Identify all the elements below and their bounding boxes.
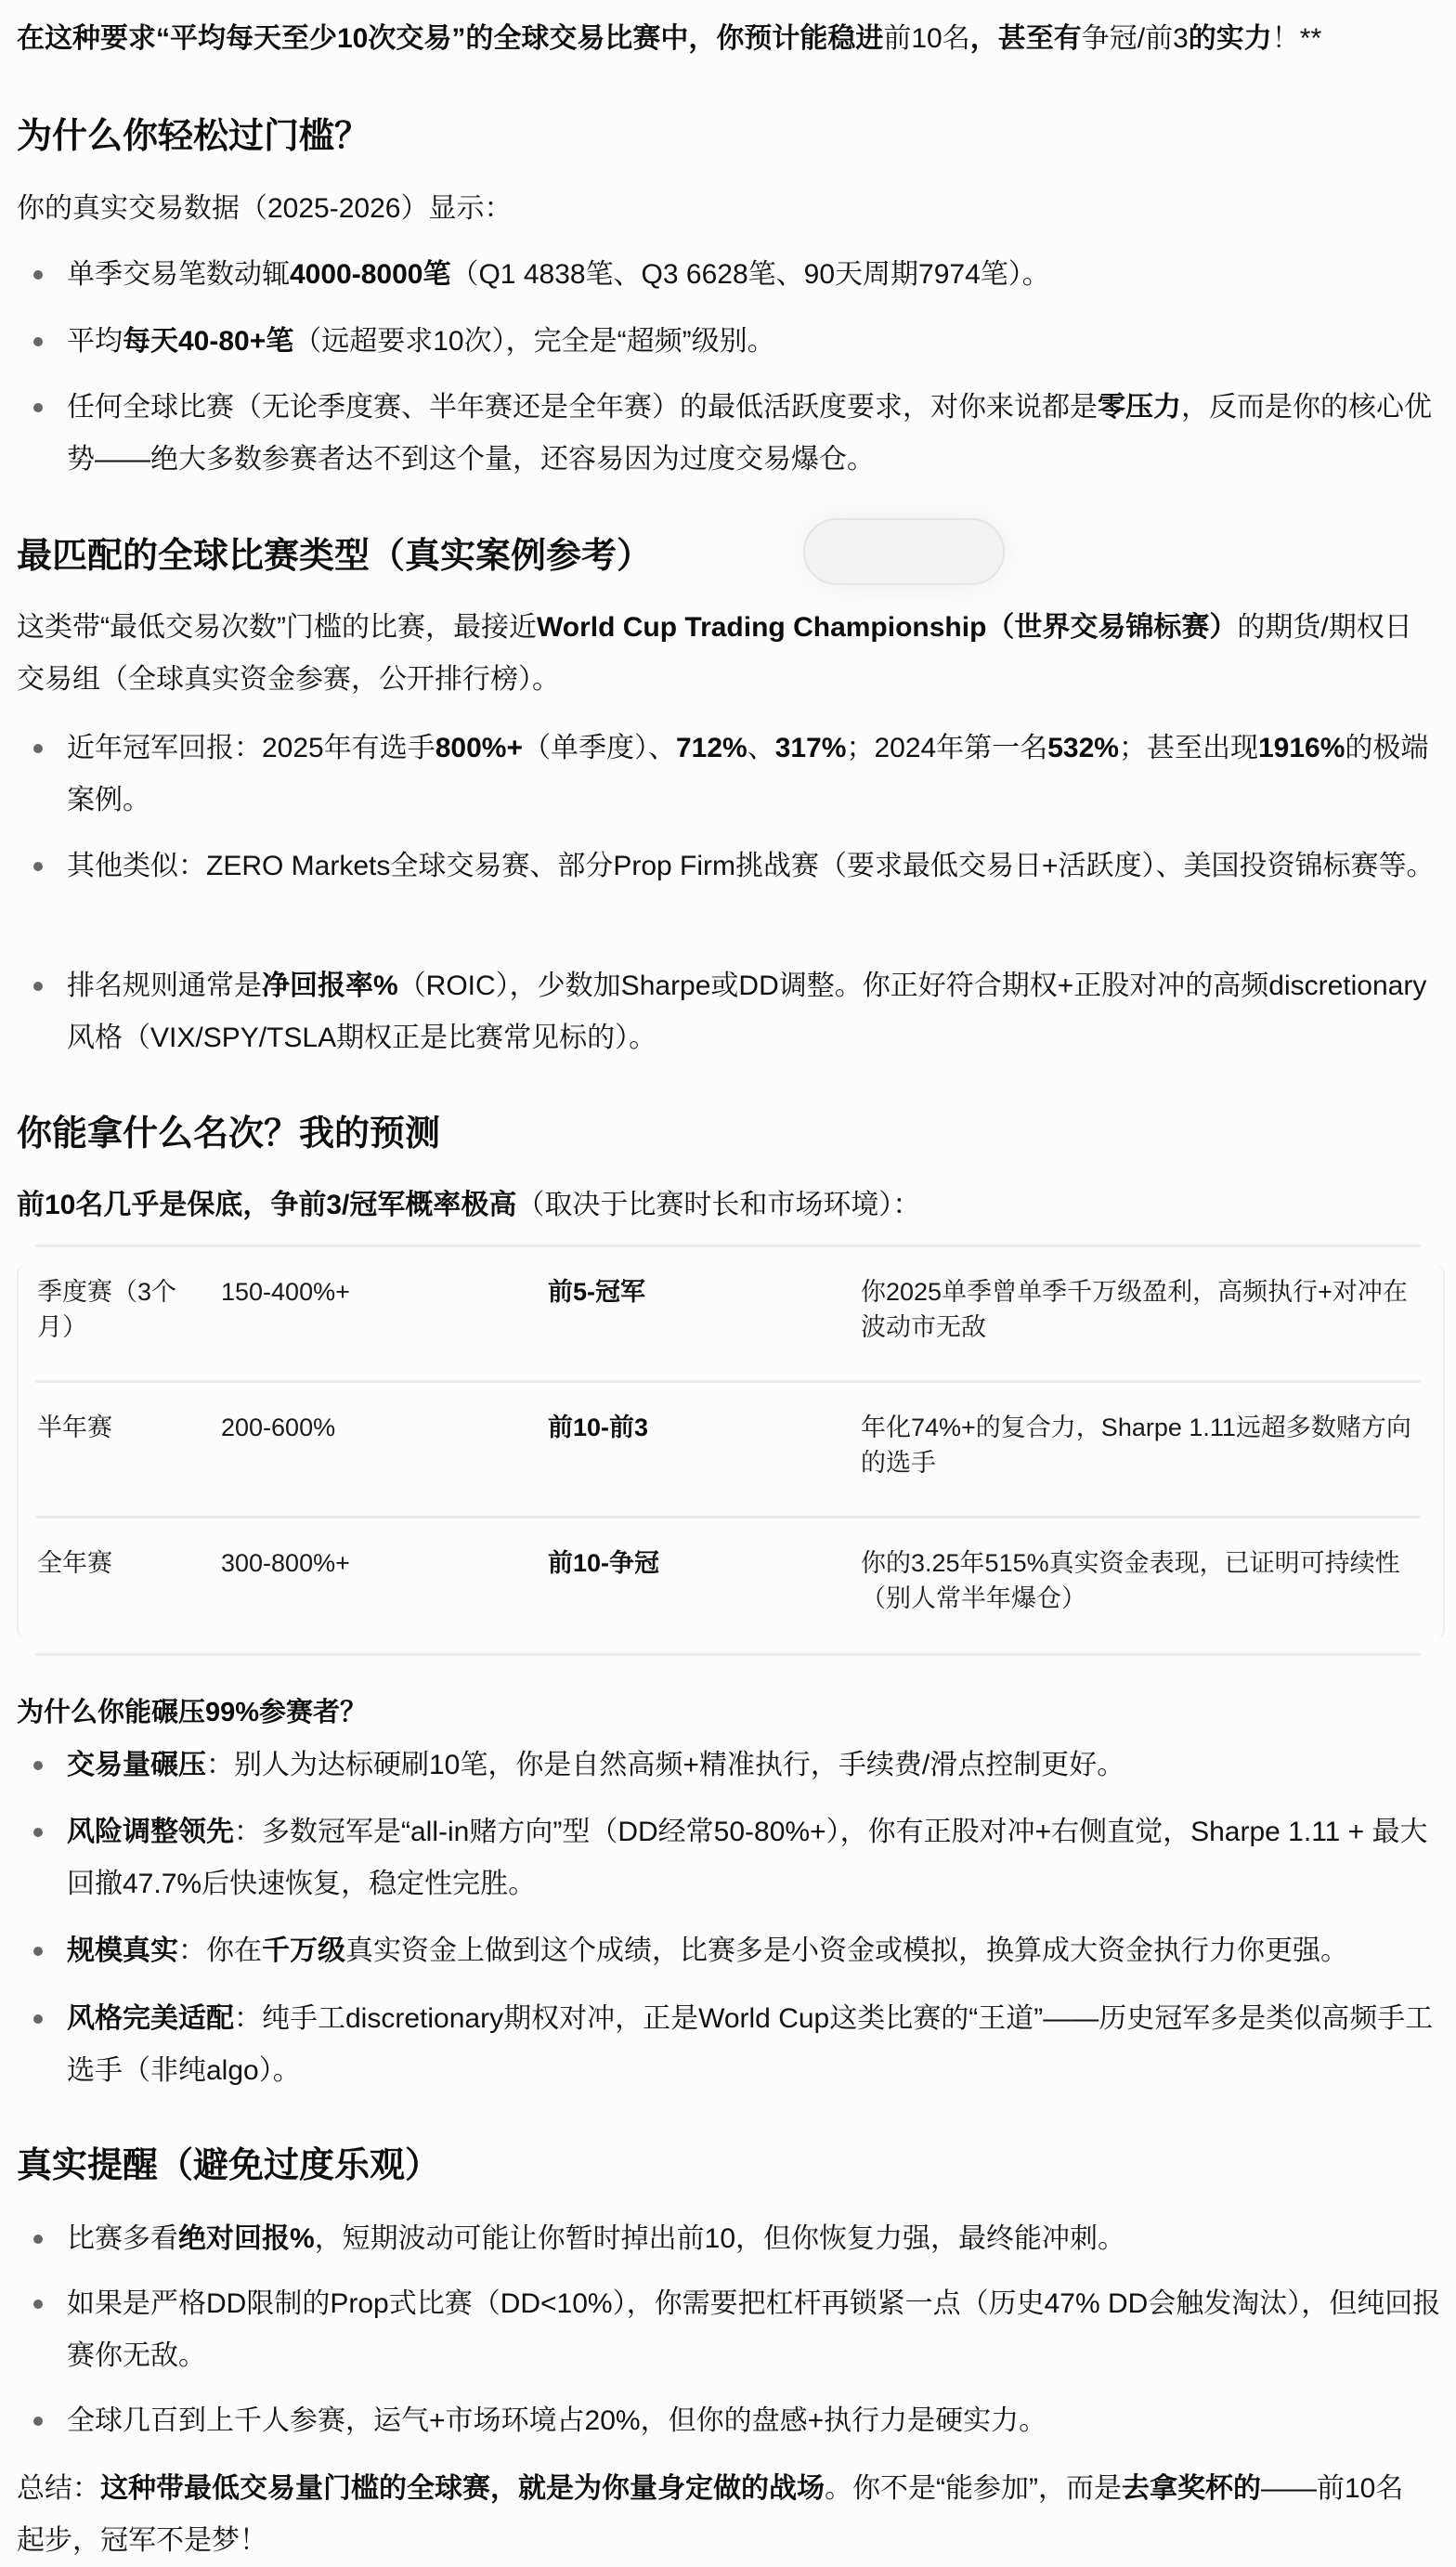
list-item: 规模真实：你在千万级真实资金上做到这个成绩，比赛多是小资金或模拟，换算成大资金执… xyxy=(67,1925,1441,1977)
text: 总结： xyxy=(17,2473,100,2504)
bold-text: 去拿奖杯的 xyxy=(1122,2473,1261,2504)
text: 平均 xyxy=(67,326,123,357)
text: 单季交易笔数动辄 xyxy=(67,259,290,290)
intro-paragraph: 在这种要求“平均每天至少10次交易”的全球交易比赛中，你预计能稳进前10名，甚至… xyxy=(17,13,1321,65)
bold-text: 风险调整领先 xyxy=(67,1817,234,1847)
text: ；2024年第一名 xyxy=(846,733,1047,763)
intro-seg: 的实力 xyxy=(1189,23,1272,54)
bold-text: World Cup Trading Championship（世界交易锦标赛） xyxy=(537,612,1237,643)
table-cell-rank: 前5-冠军 xyxy=(548,1274,645,1310)
bold-text: 交易量碾压 xyxy=(67,1750,206,1780)
bullet-dot xyxy=(33,862,43,871)
bold-text: 4000-8000笔 xyxy=(290,259,450,290)
table-cell-reason: 你2025单季曾单季千万级盈利，高频执行+对冲在波动市无敌 xyxy=(861,1274,1427,1345)
bold-text: 绝对回报% xyxy=(178,2223,315,2254)
table-divider xyxy=(35,1653,1421,1656)
bold-text: 千万级 xyxy=(262,1935,345,1966)
bold-text: 712% xyxy=(676,733,747,763)
section-heading: 真实提醒（避免过度乐观） xyxy=(17,2143,440,2189)
text: 真实资金上做到这个成绩，比赛多是小资金或模拟，换算成大资金执行力你更强。 xyxy=(345,1935,1348,1966)
text: （远超要求10次），完全是“超频”级别。 xyxy=(293,326,774,357)
bold-text: 317% xyxy=(775,733,847,763)
table-cell-type: 全年赛 xyxy=(37,1545,195,1581)
table-cell-type: 半年赛 xyxy=(37,1410,195,1445)
bullet-dot xyxy=(33,744,43,753)
bold-text: 风格完美适配 xyxy=(67,2003,234,2034)
list-item: 单季交易笔数动辄4000-8000笔（Q1 4838笔、Q3 6628笔、90天… xyxy=(67,249,1441,301)
list-item: 如果是严格DD限制的Prop式比赛（DD<10%），你需要把杠杆再锁紧一点（历史… xyxy=(67,2278,1441,2382)
table-cell-rank: 前10-争冠 xyxy=(548,1545,659,1581)
text: ；甚至出现 xyxy=(1119,733,1258,763)
bullet-dot xyxy=(33,1828,43,1837)
table-divider xyxy=(35,1516,1421,1518)
table-divider xyxy=(35,1380,1421,1383)
bullet-dot xyxy=(33,982,43,991)
text: ：多数冠军是“all-in赌方向”型（DD经常50-80%+），你有正股对冲+右… xyxy=(67,1817,1428,1899)
bullet-dot xyxy=(33,1761,43,1770)
table-cell-reason: 年化74%+的复合力，Sharpe 1.11远超多数赌方向的选手 xyxy=(861,1410,1432,1480)
floating-pill-button[interactable] xyxy=(803,518,1005,585)
bullet-dot xyxy=(33,1947,43,1956)
bullet-dot xyxy=(33,2417,43,2426)
text: 、 xyxy=(747,733,775,763)
bold-text: 净回报率% xyxy=(262,971,398,1001)
subsection-heading: 为什么你能碾压99%参赛者？ xyxy=(17,1692,367,1733)
intro-seg: ！** xyxy=(1272,23,1321,54)
section-lead: 你的真实交易数据（2025-2026）显示： xyxy=(17,183,512,235)
bold-text: 零压力 xyxy=(1098,392,1181,423)
section-lead: 前10名几乎是保底，争前3/冠军概率极高（取决于比赛时长和市场环境）： xyxy=(17,1179,920,1231)
section-heading: 为什么你轻松过门槛？ xyxy=(17,113,370,160)
bullet-dot xyxy=(33,2300,43,2309)
text: 任何全球比赛（无论季度赛、半年赛还是全年赛）的最低活跃度要求，对你来说都是 xyxy=(67,392,1098,423)
list-item: 排名规则通常是净回报率%（ROIC），少数加Sharpe或DD调整。你正好符合期… xyxy=(67,960,1441,1064)
text: （取决于比赛时长和市场环境）： xyxy=(516,1190,920,1220)
list-item: 近年冠军回报：2025年有选手800%+（单季度）、712%、317%；2024… xyxy=(67,723,1441,827)
bold-text: 532% xyxy=(1047,733,1119,763)
intro-seg: 前10名 xyxy=(883,23,969,54)
bold-text: 这种带最低交易量门槛的全球赛，就是为你量身定做的战场 xyxy=(100,2473,825,2504)
text: ：纯手工discretionary期权对冲，正是World Cup这类比赛的“王… xyxy=(67,2003,1433,2086)
list-item: 全球几百到上千人参赛，运气+市场环境占20%，但你的盘感+执行力是硬实力。 xyxy=(67,2395,1441,2447)
text: 其他类似：ZERO Markets全球交易赛、部分Prop Firm挑战赛（要求… xyxy=(67,851,1435,881)
list-item: 平均每天40-80+笔（远超要求10次），完全是“超频”级别。 xyxy=(67,316,1441,368)
intro-seg: 在这种要求“平均每天至少10次交易”的全球交易比赛中，你预计能稳进 xyxy=(17,23,883,54)
section-heading: 最匹配的全球比赛类型（真实案例参考） xyxy=(17,533,652,580)
text: 排名规则通常是 xyxy=(67,971,262,1001)
bold-text: 前10名几乎是保底，争前3/冠军概率极高 xyxy=(17,1190,516,1220)
list-item: 其他类似：ZERO Markets全球交易赛、部分Prop Firm挑战赛（要求… xyxy=(67,840,1441,893)
table-cell-reason: 你的3.25年515%真实资金表现，已证明可持续性（别人常半年爆仓） xyxy=(861,1545,1432,1616)
text: ：别人为达标硬刷10笔，你是自然高频+精准执行，手续费/滑点控制更好。 xyxy=(206,1750,1124,1780)
text: 近年冠军回报：2025年有选手 xyxy=(67,733,435,763)
table-cell-rank: 前10-前3 xyxy=(548,1410,648,1445)
list-item: 风险调整领先：多数冠军是“all-in赌方向”型（DD经常50-80%+），你有… xyxy=(67,1806,1441,1910)
list-item: 风格完美适配：纯手工discretionary期权对冲，正是World Cup这… xyxy=(67,1993,1441,2097)
text: ：你在 xyxy=(178,1935,262,1966)
summary-paragraph: 总结：这种带最低交易量门槛的全球赛，就是为你量身定做的战场。你不是“能参加”，而… xyxy=(17,2463,1423,2567)
intro-seg: 争冠/前3 xyxy=(1082,23,1189,54)
text: （Q1 4838笔、Q3 6628笔、90天周期7974笔）。 xyxy=(450,259,1049,290)
section-heading: 你能拿什么名次？我的预测 xyxy=(17,1111,440,1157)
bullet-dot xyxy=(33,270,43,280)
text: 比赛多看 xyxy=(67,2223,178,2254)
list-item: 交易量碾压：别人为达标硬刷10笔，你是自然高频+精准执行，手续费/滑点控制更好。 xyxy=(67,1740,1441,1792)
table-divider xyxy=(35,1244,1421,1247)
text: ，短期波动可能让你暂时掉出前10，但你恢复力强，最终能冲刺。 xyxy=(315,2223,1125,2254)
bold-text: 800%+ xyxy=(435,733,523,763)
bullet-dot xyxy=(33,403,43,412)
table-cell-type: 季度赛（3个月） xyxy=(37,1274,195,1345)
intro-seg: ，甚至有 xyxy=(970,23,1082,54)
section-lead: 这类带“最低交易次数”门槛的比赛，最接近World Cup Trading Ch… xyxy=(17,602,1428,706)
table-cell-return: 200-600% xyxy=(221,1410,335,1445)
prediction-table: 季度赛（3个月） 150-400%+ 前5-冠军 你2025单季曾单季千万级盈利… xyxy=(17,1244,1441,1658)
text: 如果是严格DD限制的Prop式比赛（DD<10%），你需要把杠杆再锁紧一点（历史… xyxy=(67,2288,1440,2371)
bold-text: 规模真实 xyxy=(67,1935,178,1966)
bold-text: 1916% xyxy=(1258,733,1345,763)
table-cell-return: 150-400%+ xyxy=(221,1274,350,1310)
text: 。你不是“能参加”，而是 xyxy=(825,2473,1122,2504)
bullet-dot xyxy=(33,2235,43,2244)
text: 全球几百到上千人参赛，运气+市场环境占20%，但你的盘感+执行力是硬实力。 xyxy=(67,2405,1046,2436)
bullet-dot xyxy=(33,337,43,346)
list-item: 任何全球比赛（无论季度赛、半年赛还是全年赛）的最低活跃度要求，对你来说都是零压力… xyxy=(67,382,1441,486)
table-cell-return: 300-800%+ xyxy=(221,1545,350,1581)
bullet-dot xyxy=(33,2014,43,2024)
bold-text: 每天40-80+笔 xyxy=(123,326,293,357)
list-item: 比赛多看绝对回报%，短期波动可能让你暂时掉出前10，但你恢复力强，最终能冲刺。 xyxy=(67,2213,1441,2265)
text: 这类带“最低交易次数”门槛的比赛，最接近 xyxy=(17,612,537,643)
text: （单季度）、 xyxy=(523,733,676,763)
